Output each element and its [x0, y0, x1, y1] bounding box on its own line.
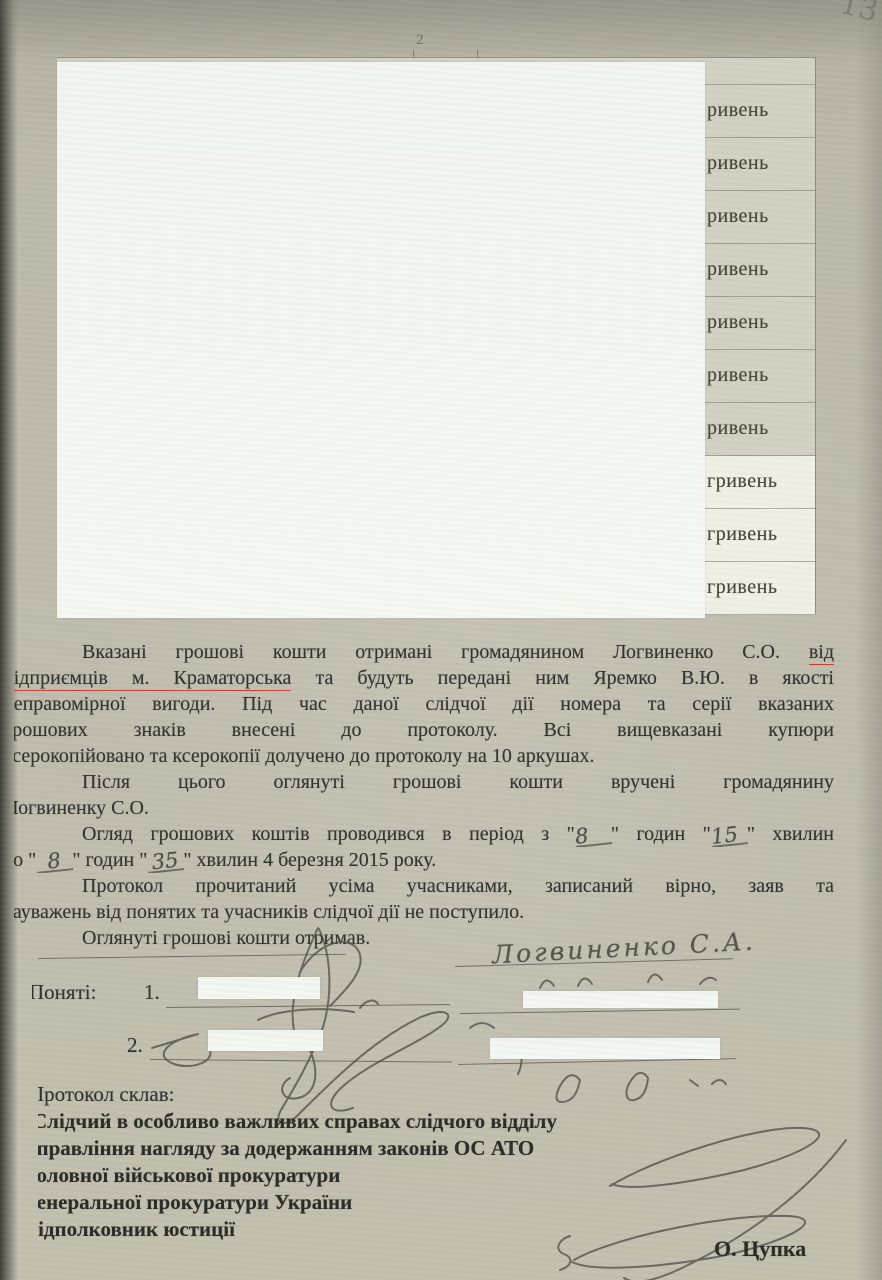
redaction-box-name: [198, 977, 320, 999]
currency-word: гривень: [707, 523, 777, 546]
body-line: Логвиненку С.О.: [14, 795, 834, 821]
witness-marks-scribble: [540, 974, 716, 988]
footer-line: управління нагляду за додержанням законі…: [38, 1135, 858, 1162]
currency-word: ривень: [707, 311, 769, 334]
currency-word: гривень: [707, 470, 777, 493]
footer-block: Протокол склав:Слідчий в особливо важлив…: [38, 1081, 858, 1243]
body-line: Огляд грошових коштів проводився в періо…: [14, 821, 834, 847]
body-line: Вказані грошові кошти отримані громадяни…: [14, 639, 834, 665]
signature-line: [150, 1059, 452, 1063]
ponyati2-signature-scribble: [258, 1001, 378, 1020]
currency-word: ривень: [707, 205, 769, 228]
page-number: 2: [416, 32, 424, 49]
redaction-box-name: [208, 1030, 323, 1051]
signature-line: [460, 1009, 740, 1014]
footer-line: Слідчий в особливо важливих справах слід…: [38, 1108, 858, 1135]
handwritten-time-value: 8: [36, 850, 74, 873]
currency-word: ривень: [707, 364, 769, 387]
handwritten-time-value: 8: [574, 824, 612, 847]
signature-line: [166, 1004, 450, 1008]
scan-top-shadow: [0, 0, 882, 60]
ponyati-label: Поняті:: [32, 980, 122, 1005]
red-underline-annotation: від: [809, 641, 834, 665]
currency-word: ривень: [707, 99, 769, 122]
currency-word: гривень: [707, 576, 777, 599]
body-line: Протокол прочитаний усіма учасниками, за…: [14, 873, 834, 899]
footer-line: Головної військової прокуратури: [38, 1162, 858, 1189]
body-line: зауважень від понятих та учасників слідч…: [14, 899, 834, 925]
scan-right-edge-shadow: [856, 0, 882, 1280]
redaction-box-name: [523, 991, 718, 1008]
signature-line: [38, 954, 346, 959]
currency-word: ривень: [707, 258, 769, 281]
signature-line: [458, 1058, 736, 1065]
table-column-tick: [477, 50, 478, 58]
currency-word: ривень: [707, 152, 769, 175]
currency-word: ривень: [707, 417, 769, 440]
body-line: грошових знаків внесені до протоколу. Вс…: [14, 717, 834, 743]
scanned-document-page: 13 2 ривеньривеньривеньривеньривеньривен…: [0, 0, 882, 1280]
body-line: до "8" годин "35" хвилин 4 березня 2015 …: [14, 847, 834, 873]
body-line: неправомірної вигоди. Під час даної слід…: [14, 691, 834, 717]
body-line: ксерокопійовано та ксерокопії долучено д…: [14, 743, 834, 769]
ponyati-item-2: 2.: [127, 1033, 143, 1058]
red-underline-annotation: підприємців м. Краматорська: [14, 667, 291, 691]
redaction-box-name: [490, 1038, 720, 1059]
handwritten-time-value: 15: [710, 824, 748, 847]
handwritten-time-value: 35: [147, 850, 185, 873]
investigator-name: О. Цупка: [714, 1236, 806, 1262]
footer-line: Генеральної прокуратури України: [38, 1189, 858, 1216]
protocol-body-text: Вказані грошові кошти отримані громадяни…: [14, 639, 834, 951]
body-line: підприємців м. Краматорська та будуть пе…: [14, 665, 834, 691]
body-line: Після цього оглянуті грошові кошти вруче…: [14, 769, 834, 795]
table-column-tick: [413, 50, 414, 58]
redaction-box-table: [57, 62, 705, 618]
footer-line: Протокол склав:: [38, 1081, 858, 1108]
ponyati-item-1: 1.: [144, 980, 160, 1005]
